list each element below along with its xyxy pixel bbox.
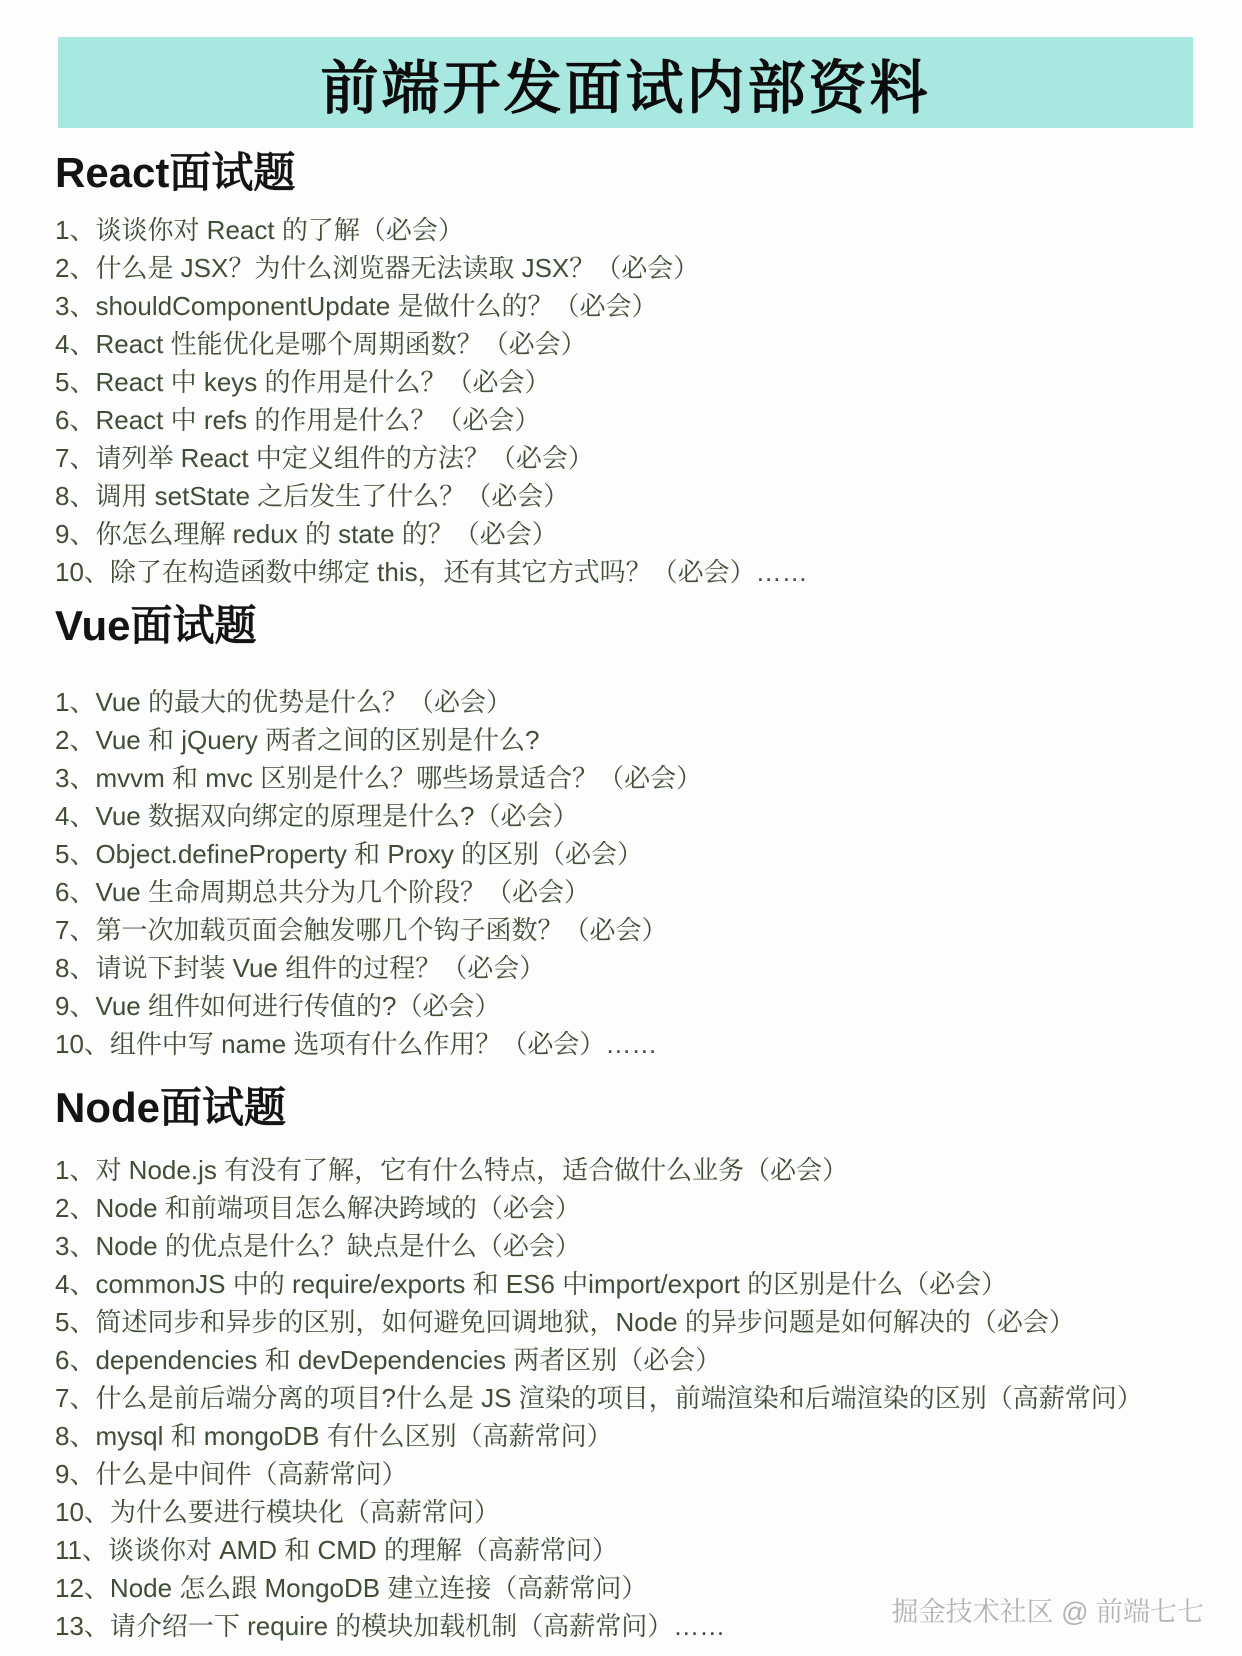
- question-item: 3、Node 的优点是什么？缺点是什么（必会）: [55, 1227, 1205, 1265]
- section-heading-vue: Vue面试题: [55, 601, 1205, 651]
- question-item: 8、请说下封装 Vue 组件的过程？（必会）: [55, 949, 1205, 987]
- question-item: 11、谈谈你对 AMD 和 CMD 的理解（高薪常问）: [55, 1531, 1205, 1569]
- question-item: 2、Node 和前端项目怎么解决跨域的（必会）: [55, 1189, 1205, 1227]
- section-heading-node: Node面试题: [55, 1083, 1205, 1133]
- page-title: 前端开发面试内部资料: [320, 41, 930, 125]
- question-item: 7、第一次加载页面会触发哪几个钩子函数？（必会）: [55, 911, 1205, 949]
- question-item: 6、dependencies 和 devDependencies 两者区别（必会…: [55, 1341, 1205, 1379]
- question-item: 9、Vue 组件如何进行传值的?（必会）: [55, 987, 1205, 1025]
- section-heading-react: React面试题: [55, 148, 1205, 198]
- question-item: 1、谈谈你对 React 的了解（必会）: [55, 211, 1205, 249]
- vue-question-list: 1、Vue 的最大的优势是什么？（必会） 2、Vue 和 jQuery 两者之间…: [55, 683, 1205, 1063]
- watermark: 掘金技术社区 @ 前端七七: [892, 1590, 1204, 1629]
- question-item: 5、Object.defineProperty 和 Proxy 的区别（必会）: [55, 835, 1205, 873]
- question-item: 5、React 中 keys 的作用是什么？（必会）: [55, 363, 1205, 401]
- question-item: 2、Vue 和 jQuery 两者之间的区别是什么?: [55, 721, 1205, 759]
- question-item: 9、什么是中间件（高薪常问）: [55, 1455, 1205, 1493]
- question-item: 10、为什么要进行模块化（高薪常问）: [55, 1493, 1205, 1531]
- question-item: 4、Vue 数据双向绑定的原理是什么?（必会）: [55, 797, 1205, 835]
- question-item: 8、mysql 和 mongoDB 有什么区别（高薪常问）: [55, 1417, 1205, 1455]
- question-item: 7、什么是前后端分离的项目?什么是 JS 渲染的项目，前端渲染和后端渲染的区别（…: [55, 1379, 1205, 1417]
- question-item: 7、请列举 React 中定义组件的方法？（必会）: [55, 439, 1205, 477]
- question-item: 1、Vue 的最大的优势是什么？（必会）: [55, 683, 1205, 721]
- question-item: 6、React 中 refs 的作用是什么？（必会）: [55, 401, 1205, 439]
- question-item: 5、简述同步和异步的区别，如何避免回调地狱，Node 的异步问题是如何解决的（必…: [55, 1303, 1205, 1341]
- question-item: 4、React 性能优化是哪个周期函数？（必会）: [55, 325, 1205, 363]
- question-item: 3、shouldComponentUpdate 是做什么的？（必会）: [55, 287, 1205, 325]
- question-item: 9、你怎么理解 redux 的 state 的？（必会）: [55, 515, 1205, 553]
- question-item: 3、mvvm 和 mvc 区别是什么？哪些场景适合？（必会）: [55, 759, 1205, 797]
- question-item: 10、组件中写 name 选项有什么作用？（必会）……: [55, 1025, 1205, 1063]
- node-question-list: 1、对 Node.js 有没有了解，它有什么特点，适合做什么业务（必会） 2、N…: [55, 1151, 1205, 1645]
- question-item: 1、对 Node.js 有没有了解，它有什么特点，适合做什么业务（必会）: [55, 1151, 1205, 1189]
- question-item: 6、Vue 生命周期总共分为几个阶段？（必会）: [55, 873, 1205, 911]
- question-item: 4、commonJS 中的 require/exports 和 ES6 中imp…: [55, 1265, 1205, 1303]
- question-item: 8、调用 setState 之后发生了什么？（必会）: [55, 477, 1205, 515]
- react-question-list: 1、谈谈你对 React 的了解（必会） 2、什么是 JSX？为什么浏览器无法读…: [55, 211, 1205, 591]
- question-item: 10、除了在构造函数中绑定 this，还有其它方式吗？（必会）……: [55, 553, 1205, 591]
- title-banner: 前端开发面试内部资料: [58, 37, 1193, 128]
- document-body: React面试题 1、谈谈你对 React 的了解（必会） 2、什么是 JSX？…: [55, 128, 1205, 1645]
- question-item: 2、什么是 JSX？为什么浏览器无法读取 JSX？（必会）: [55, 249, 1205, 287]
